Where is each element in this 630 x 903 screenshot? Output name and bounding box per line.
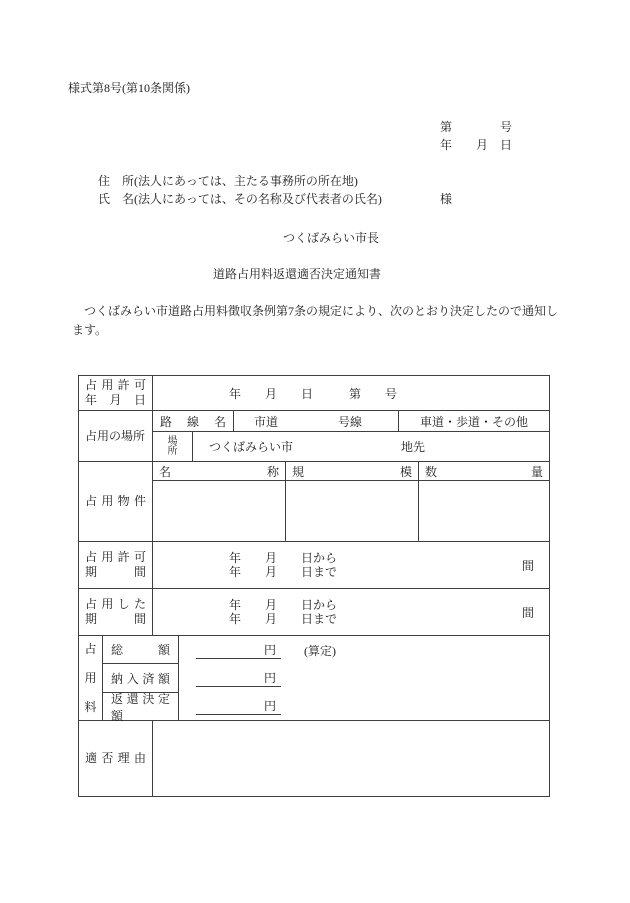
fee-refund-label: 返還決定額 <box>103 693 178 720</box>
objects-col-quantity: 数 量 <box>419 462 549 480</box>
honorific-sama: 様 <box>440 190 452 208</box>
body-line-2: ます。 <box>72 321 558 340</box>
addressee-name-line: 氏 名(法人にあっては、その名称及び代表者の氏名) <box>98 190 498 208</box>
body-line-1: つくばみらい市道路占用料徴収条例第7条の規定により、次のとおり決定したので通知し <box>72 302 558 321</box>
objects-col-scale: 規 模 <box>286 462 419 480</box>
fee-paid-amount-line: 円 <box>196 670 281 687</box>
document-page: { "doc": { "form_number": "様式第8号(第10条関係)… <box>0 0 630 903</box>
permit-date-label: 占 用 許 可 年 月 日 <box>79 376 153 410</box>
row-fee: 占 用 料 総 額 納 入 済 額 返還決定額 円 (算定) 円 円 <box>79 636 549 721</box>
row-permit-period: 占 用 許 可 期 間 年 月 日から 年 月 日まで 間 <box>79 542 549 589</box>
fee-total-amount-line: 円 <box>196 642 281 659</box>
place-value: つくばみらい市 地先 <box>193 432 549 461</box>
permit-period-suffix: 間 <box>522 557 534 574</box>
location-route-row: 路 線 名 市道 号線 車道・歩道・その他 <box>153 411 549 432</box>
issue-block: 第 号 年 月 日 <box>440 118 512 154</box>
fee-vertical-label: 占 用 料 <box>79 636 103 720</box>
row-permit-date: 占 用 許 可 年 月 日 年 月 日 第 号 <box>79 376 549 411</box>
fee-total-label: 総 額 <box>103 636 178 664</box>
document-title: 道路占用料返還適否決定通知書 <box>213 265 381 282</box>
road-kind-options: 車道・歩道・その他 <box>399 411 549 431</box>
form-number: 様式第8号(第10条関係) <box>68 79 190 96</box>
fee-refund-amount-line: 円 <box>196 698 281 715</box>
objects-scale-cell <box>286 481 419 541</box>
reason-cell <box>153 721 549 796</box>
row-location: 占用の場所 路 線 名 市道 号線 車道・歩道・その他 場 所 つくばみらい市 <box>79 411 549 462</box>
permit-date-value: 年 月 日 第 号 <box>153 376 549 410</box>
fee-refund-value: 円 <box>179 693 549 720</box>
issue-number-line: 第 号 <box>440 118 512 136</box>
sender-mayor: つくばみらい市長 <box>283 229 379 246</box>
reason-label: 適 否 理 由 <box>79 721 153 796</box>
row-objects: 占 用 物 件 名 称 規 模 数 量 <box>79 462 549 542</box>
location-place-row: 場 所 つくばみらい市 地先 <box>153 432 549 461</box>
objects-body-row <box>153 481 549 541</box>
fee-paid-value: 円 <box>179 664 549 693</box>
route-name-value: 市道 号線 <box>234 411 399 431</box>
fee-total-value: 円 (算定) <box>179 636 549 664</box>
objects-quantity-cell <box>419 481 549 541</box>
used-period-suffix: 間 <box>522 604 534 621</box>
form-table: 占 用 許 可 年 月 日 年 月 日 第 号 占用の場所 路 線 名 市道 号… <box>78 375 550 797</box>
addressee-block: 住 所(法人にあっては、主たる事務所の所在地) 氏 名(法人にあっては、その名称… <box>98 172 498 208</box>
issue-date-line: 年 月 日 <box>440 136 512 154</box>
row-reason: 適 否 理 由 <box>79 721 549 796</box>
row-used-period: 占 用 し た 期 間 年 月 日から 年 月 日まで 間 <box>79 589 549 636</box>
objects-col-name: 名 称 <box>153 462 286 480</box>
addressee-address-line: 住 所(法人にあっては、主たる事務所の所在地) <box>98 172 498 190</box>
place-label: 場 所 <box>153 432 193 461</box>
used-period-value: 年 月 日から 年 月 日まで 間 <box>153 589 549 635</box>
used-period-label: 占 用 し た 期 間 <box>79 589 153 635</box>
route-name-label: 路 線 名 <box>153 411 234 431</box>
body-paragraph: つくばみらい市道路占用料徴収条例第7条の規定により、次のとおり決定したので通知し… <box>72 302 558 340</box>
permit-period-value: 年 月 日から 年 月 日まで 間 <box>153 542 549 588</box>
permit-period-label: 占 用 許 可 期 間 <box>79 542 153 588</box>
objects-header-row: 名 称 規 模 数 量 <box>153 462 549 481</box>
objects-label: 占 用 物 件 <box>79 462 153 541</box>
objects-name-cell <box>153 481 286 541</box>
location-label: 占用の場所 <box>79 411 153 461</box>
fee-total-note: (算定) <box>304 642 336 659</box>
